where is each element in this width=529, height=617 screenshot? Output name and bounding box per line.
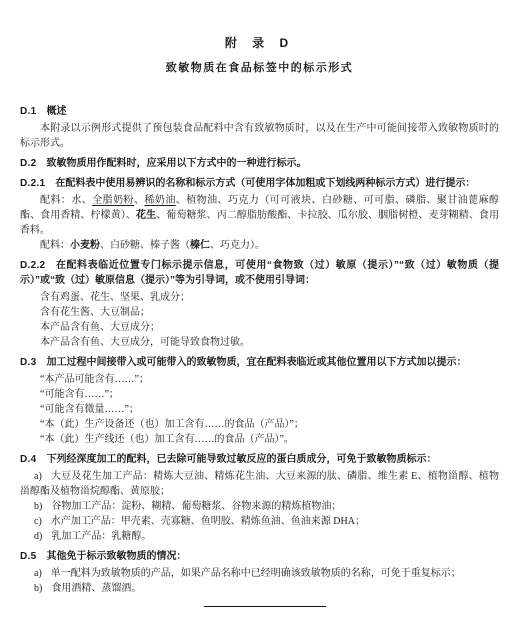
text-run: 谷物加工产品：淀粉、糊精、葡萄糖浆、谷物来源的精炼植物油；	[51, 501, 341, 512]
text-run: 本产品含有鱼、大豆成分，可能导致食物过敏。	[40, 337, 250, 348]
text-run: 稀奶油	[144, 195, 175, 206]
clause-line: D.1概述	[20, 104, 499, 119]
text-line: 含有鸡蛋、花生、坚果、乳成分；	[20, 290, 499, 305]
text-run: 、	[134, 195, 144, 206]
text-run: 水产加工产品：甲壳素、壳寡糖、鱼明胶、精炼鱼油、鱼油来源 DHA；	[51, 516, 365, 527]
text-run: “本（此）生产设备还（也）加工含有……的食品（产品）”；	[40, 419, 304, 430]
clause-number: D.2.1	[20, 178, 45, 189]
text-run: 小麦粉	[70, 240, 100, 251]
list-item-line: b)食用酒精、蒸馏酒。	[20, 581, 499, 596]
clause-number: D.3	[20, 357, 36, 368]
text-line: “本（此）生产线还（也）加工含有……的食品（产品）”。	[20, 432, 499, 447]
list-item-line: b)谷物加工产品：淀粉、糊精、葡萄糖浆、谷物来源的精炼植物油；	[20, 499, 499, 514]
text-line: 本附录以示例形式提供了预包装食品配料中含有致敏物质时，以及在生产中可能间接带入致…	[20, 121, 499, 151]
text-line: 本产品含有鱼、大豆成分，可能导致食物过敏。	[20, 335, 499, 350]
text-line: 含有花生酱、大豆制品；	[20, 305, 499, 320]
text-line: 配料：水、全脂奶粉、稀奶油、植物油、巧克力（可可液块、白砂糖、可可脂、磷脂、聚甘…	[20, 193, 499, 238]
text-run: 本产品含有鱼、大豆成分；	[40, 322, 160, 333]
clause-number: D.2	[20, 158, 36, 169]
text-run: 食用酒精、蒸馏酒。	[51, 583, 141, 594]
clause-line: D.2.2在配料表临近位置专门标示提示信息，可使用“食物致（过）敏原（提示）”“…	[20, 258, 499, 288]
list-item-label: a)	[34, 471, 42, 482]
text-line: 本产品含有鱼、大豆成分；	[20, 320, 499, 335]
text-run: 花生	[136, 210, 156, 221]
text-run: 概述	[46, 106, 66, 117]
clause-line: D.3加工过程中间接带入或可能带入的致敏物质，宜在配料表临近或其他位置用以下方式…	[20, 355, 499, 370]
document-body: D.1概述本附录以示例形式提供了预包装食品配料中含有致敏物质时，以及在生产中可能…	[20, 104, 499, 596]
clause-number: D.5	[20, 551, 36, 562]
text-run: “可能含有微量……”；	[40, 404, 139, 415]
text-run: 、巧克力）。	[210, 240, 265, 251]
clause-line: D.5其他免于标示致敏物质的情况：	[20, 549, 499, 564]
text-line: 配料：小麦粉、白砂糖、榛子酱（榛仁、巧克力）。	[20, 238, 499, 253]
list-item-label: c)	[34, 516, 42, 527]
appendix-subtitle: 致敏物质在食品标签中的标示形式	[20, 59, 499, 75]
text-run: 单一配料为致敏物质的产品，如果产品名称中已经明确该致敏物质的名称，可免于重复标示…	[51, 568, 461, 579]
text-run: 全脂奶粉	[92, 195, 134, 206]
document-page: 附 录 D 致敏物质在食品标签中的标示形式 D.1概述本附录以示例形式提供了预包…	[0, 0, 529, 617]
text-run: 、白砂糖、榛子酱（	[100, 240, 190, 251]
text-run: 下列经深度加工的配料，已去除可能导致过敏反应的蛋白质成分，可免于致敏物质标示：	[46, 454, 436, 465]
text-line: “可能含有微量……”；	[20, 402, 499, 417]
text-run: 含有花生酱、大豆制品；	[40, 307, 150, 318]
text-run: 在配料表临近位置专门标示提示信息，可使用“食物致（过）敏原（提示）”“致（过）敏…	[20, 260, 499, 286]
text-run: 致敏物质用作配料时，应采用以下方式中的一种进行标示。	[46, 158, 306, 169]
list-item-line: c)水产加工产品：甲壳素、壳寡糖、鱼明胶、精炼鱼油、鱼油来源 DHA；	[20, 514, 499, 529]
text-run: 乳加工产品：乳糖醇。	[51, 531, 151, 542]
list-item-line: d)乳加工产品：乳糖醇。	[20, 529, 499, 544]
list-item-label: b)	[34, 501, 42, 512]
clause-number: D.1	[20, 106, 36, 117]
list-item-line: a)单一配料为致敏物质的产品，如果产品名称中已经明确该致敏物质的名称，可免于重复…	[20, 566, 499, 581]
text-run: “本（此）生产线还（也）加工含有……的食品（产品）”。	[40, 434, 294, 445]
end-of-document-rule	[204, 606, 326, 607]
text-line: “可能含有……”；	[20, 387, 499, 402]
list-item-label: b)	[34, 583, 42, 594]
appendix-title: 附 录 D	[20, 34, 499, 51]
text-run: 本附录以示例形式提供了预包装食品配料中含有致敏物质时，以及在生产中可能间接带入致…	[20, 123, 499, 149]
clause-line: D.2.1在配料表中使用易辨识的名称和标示方式（可使用字体加粗或下划线两种标示方…	[20, 176, 499, 191]
text-run: 大豆及花生加工产品：精炼大豆油、精炼花生油、大豆来源的肽、磷脂、维生素 E、植物…	[20, 471, 499, 497]
text-run: “本产品可能含有……”；	[40, 374, 149, 385]
clause-line: D.4下列经深度加工的配料，已去除可能导致过敏反应的蛋白质成分，可免于致敏物质标…	[20, 452, 499, 467]
text-run: 含有鸡蛋、花生、坚果、乳成分；	[40, 292, 190, 303]
text-line: “本（此）生产设备还（也）加工含有……的食品（产品）”；	[20, 417, 499, 432]
text-run: 配料：	[40, 240, 70, 251]
text-run: 榛仁	[190, 240, 210, 251]
text-run: 加工过程中间接带入或可能带入的致敏物质，宜在配料表临近或其他位置用以下方式加以提…	[46, 357, 466, 368]
list-item-label: a)	[34, 568, 42, 579]
text-run: 配料：水、	[40, 195, 92, 206]
clause-number: D.2.2	[20, 260, 45, 271]
text-run: “可能含有……”；	[40, 389, 119, 400]
text-run: 在配料表中使用易辨识的名称和标示方式（可使用字体加粗或下划线两种标示方式）进行提…	[55, 178, 475, 189]
clause-line: D.2致敏物质用作配料时，应采用以下方式中的一种进行标示。	[20, 156, 499, 171]
clause-number: D.4	[20, 454, 36, 465]
list-item-label: d)	[34, 531, 42, 542]
list-item-line: a)大豆及花生加工产品：精炼大豆油、精炼花生油、大豆来源的肽、磷脂、维生素 E、…	[20, 469, 499, 499]
text-line: “本产品可能含有……”；	[20, 372, 499, 387]
text-run: 其他免于标示致敏物质的情况：	[46, 551, 186, 562]
